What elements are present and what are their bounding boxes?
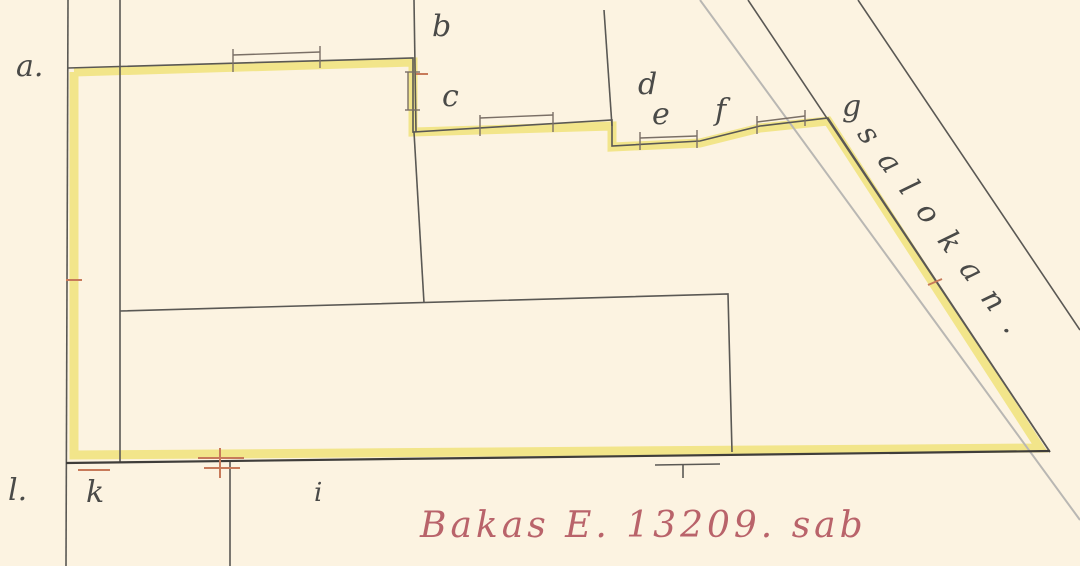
road-edge-lines (700, 0, 1080, 520)
point-label-c: c (442, 82, 459, 112)
point-label-g: g (842, 92, 861, 122)
owner-annotation: Bakas E. 13209. sab (420, 505, 867, 546)
point-label-l: l. (8, 476, 27, 506)
parcel-drawing (0, 0, 1080, 566)
point-label-k: k (86, 478, 104, 508)
point-label-b: b (432, 12, 451, 42)
cadastral-map-sheet: a. b c d e f g l. k i salokan. Bakas E. … (0, 0, 1080, 566)
parcel-boundary-highlight (74, 62, 1040, 455)
point-label-d: d (638, 70, 657, 100)
survey-tick-dark (655, 464, 720, 478)
point-label-i: i (314, 480, 322, 506)
point-label-f: f (715, 96, 726, 126)
survey-tick-marks (66, 74, 942, 478)
point-label-e: e (652, 100, 670, 130)
point-label-a: a. (16, 52, 43, 82)
